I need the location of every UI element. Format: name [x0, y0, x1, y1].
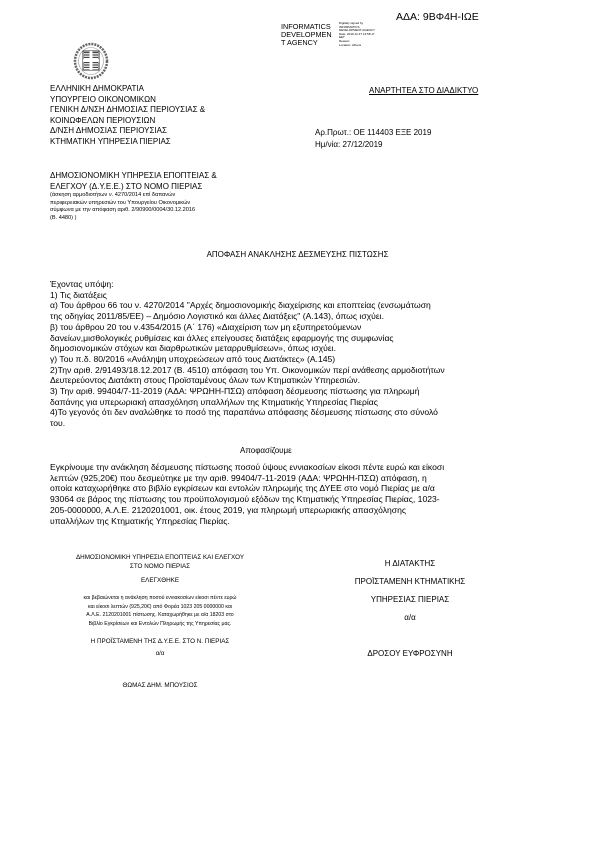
paragraph-line: 2)Την αριθ. 2/91493/18.12.2017 (Β. 4510)…	[50, 365, 545, 376]
paragraph-line: της οδηγίας 2011/85/ΕΕ) – Δημόσιο Λογιστ…	[50, 311, 545, 322]
control-text-line: Βιβλίο Εγκρίσεων και Εντολών Πληρωμής τη…	[50, 620, 270, 629]
control-text-line: και είκοσι λεπτών (925,20€) από Φορέα 10…	[50, 603, 270, 612]
issuing-organization: ΕΛΛΗΝΙΚΗ ΔΗΜΟΚΡΑΤΙΑ ΥΠΟΥΡΓΕΙΟ ΟΙΚΟΝΟΜΙΚΩ…	[50, 84, 205, 147]
paragraph-line: γ) Του π.δ. 80/2016 «Ανάληψη υποχρεώσεων…	[50, 354, 545, 365]
paragraph-line: α) Του άρθρου 66 του ν. 4270/2014 "Αρχές…	[50, 300, 545, 311]
paragraph-line: 4)Το γεγονός ότι δεν αναλώθηκε το ποσό τ…	[50, 407, 545, 418]
paragraph-line: δανείων,μισθολογικές ρυθμίσεις και άλλες…	[50, 333, 545, 344]
service-line: ΕΛΕΓΧΟΥ (Δ.Υ.Ε.Ε.) ΣΤΟ ΝΟΜΟ ΠΙΕΡΙΑΣ	[50, 181, 225, 192]
control-service-line: ΔΗΜΟΣΙΟΝΟΜΙΚΗ ΥΠΗΡΕΣΙΑ ΕΠΟΠΤΕΙΑΣ ΚΑΙ ΕΛΕ…	[50, 553, 270, 562]
paragraph-line: Έχοντας υπόψη:	[50, 279, 545, 290]
control-block: ΔΗΜΟΣΙΟΝΟΜΙΚΗ ΥΠΗΡΕΣΙΑ ΕΠΟΠΤΕΙΑΣ ΚΑΙ ΕΛΕ…	[50, 553, 270, 690]
posting-notice: ΑΝΑΡΤΗΤΕΑ ΣΤΟ ΔΙΑΔΙΚΤΥΟ	[369, 85, 478, 96]
note-line: (άσκηση αρμοδιοτήτων ν. 4270/2014 επί δα…	[50, 192, 225, 200]
note-line: σύμφωνα με την απόφαση αριθ. 2/90900/000…	[50, 207, 225, 215]
digital-signature-details: Digitally signed by INFORMATICS DEVELOPM…	[339, 22, 375, 47]
paragraph-line: Δευτερεύοντος Διατάκτη στους Προϊσταμένο…	[50, 375, 545, 386]
paragraph-line: 205-0000000, Α.Λ.Ε. 2120201001, οικ. έτο…	[50, 505, 545, 516]
paragraph-line: οποία καταχωρήθηκε στο βιβλίο εγκρίσεων …	[50, 483, 545, 494]
signature-line: Location: Athens	[339, 44, 375, 48]
document-date: Ημ/νία: 27/12/2019	[315, 139, 383, 150]
agency-line: T AGENCY	[281, 39, 332, 47]
org-line: Δ/ΝΣΗ ΔΗΜΟΣΙΑΣ ΠΕΡΙΟΥΣΙΑΣ	[50, 126, 205, 137]
paragraph-line: 1) Τις διατάξεις	[50, 290, 545, 301]
signature-line: ΠΡΟΪΣΤΑΜΕΝΗ ΚΤΗΜΑΤΙΚΗΣ	[340, 573, 480, 591]
org-line: ΥΠΟΥΡΓΕΙΟ ΟΙΚΟΝΟΜΙΚΩΝ	[50, 95, 205, 106]
control-text-line: και βεβαιώνεται η ανάκληση ποσού εννιακο…	[50, 594, 270, 603]
paragraph-line: υπαλλήλων της Κτηματικής Υπηρεσίας Πιερί…	[50, 516, 545, 527]
signature-block: Η ΔΙΑΤΑΚΤΗΣ ΠΡΟΪΣΤΑΜΕΝΗ ΚΤΗΜΑΤΙΚΗΣ ΥΠΗΡΕ…	[340, 555, 480, 663]
decision-body: Εγκρίνουμε την ανάκληση δέσμευσης πίστωσ…	[50, 462, 545, 526]
paragraph-line: δαπάνης για υπερωριακή απασχόληση υπαλλή…	[50, 397, 545, 408]
signature-line: ΥΠΗΡΕΣΙΑΣ ΠΙΕΡΙΑΣ	[340, 591, 480, 609]
paragraph-line: λεπτών (925,20€) που δεσμεύτηκε με την α…	[50, 473, 545, 484]
checked-label: ΕΛΕΓΧΘΗΚΕ	[50, 576, 270, 585]
paragraph-line: Εγκρίνουμε την ανάκληση δέσμευσης πίστωσ…	[50, 462, 545, 473]
signature-aa: α/α	[340, 609, 480, 627]
paragraph-line: β) του άρθρου 20 του ν.4354/2015 (Α΄ 176…	[50, 322, 545, 333]
paragraph-line: δημοσιονομικών στόχων και διαρθρωτικών μ…	[50, 343, 545, 354]
paragraph-line: 93064 σε βάρος της πίστωσης του προϋπολο…	[50, 494, 545, 505]
org-line: ΓΕΝΙΚΗ Δ/ΝΣΗ ΔΗΜΟΣΙΑΣ ΠΕΡΙΟΥΣΙΑΣ &	[50, 105, 205, 116]
decision-heading: Αποφασίζουμε	[240, 445, 292, 456]
considering-section: Έχοντας υπόψη: 1) Τις διατάξεις α) Του ά…	[50, 279, 545, 429]
control-text-line: Α.Λ.Ε. 2120201001 πίστωσης. Καταχωρήθηκε…	[50, 611, 270, 620]
control-signatory-name: ΘΩΜΑΣ ΔΗΜ. ΜΠΟΥΣΙΟΣ	[50, 681, 270, 690]
document-title-text: ΑΠΟΦΑΣΗ ΑΝΑΚΛΗΣΗΣ ΔΕΣΜΕΥΣΗΣ ΠΙΣΤΩΣΗΣ	[207, 250, 389, 259]
service-line: ΔΗΜΟΣΙΟΝΟΜΙΚΗ ΥΠΗΡΕΣΙΑ ΕΠΟΠΤΕΙΑΣ &	[50, 170, 225, 181]
supervision-service: ΔΗΜΟΣΙΟΝΟΜΙΚΗ ΥΠΗΡΕΣΙΑ ΕΠΟΠΤΕΙΑΣ & ΕΛΕΓΧ…	[50, 170, 225, 222]
control-service-line: ΣΤΟ ΝΟΜΟ ΠΙΕΡΙΑΣ	[50, 562, 270, 571]
control-aa: α/α	[50, 650, 270, 659]
control-text: και βεβαιώνεται η ανάκληση ποσού εννιακο…	[50, 594, 270, 628]
service-note: (άσκηση αρμοδιοτήτων ν. 4270/2014 επί δα…	[50, 192, 225, 222]
signatory-name: ΔΡΟΣΟΥ ΕΥΦΡΟΣΥΝΗ	[340, 645, 480, 663]
control-head-title: Η ΠΡΟΪΣΤΑΜΕΝΗ ΤΗΣ Δ.Υ.Ε.Ε. ΣΤΟ Ν. ΠΙΕΡΙΑ…	[50, 637, 270, 646]
org-line: ΚΟΙΝΩΦΕΛΩΝ ΠΕΡΙΟΥΣΙΩΝ	[50, 116, 205, 127]
org-line: ΚΤΗΜΑΤΙΚΗ ΥΠΗΡΕΣΙΑ ΠΙΕΡΙΑΣ	[50, 137, 205, 148]
note-line: (Β. 4480) )	[50, 215, 225, 223]
paragraph-line: 3) Την αριθ. 99404/7-11-2019 (ΑΔΑ: ΨΡΩΗΗ…	[50, 386, 545, 397]
signing-agency: INFORMATICS DEVELOPMEN T AGENCY	[281, 23, 332, 47]
ada-code: ΑΔΑ: 9ΒΦ4Η-ΙΩΕ	[396, 11, 479, 24]
paragraph-line: του.	[50, 418, 545, 429]
org-line: ΕΛΛΗΝΙΚΗ ΔΗΜΟΚΡΑΤΙΑ	[50, 84, 205, 95]
document-title: ΑΠΟΦΑΣΗ ΑΝΑΚΛΗΣΗΣ ΔΕΣΜΕΥΣΗΣ ΠΙΣΤΩΣΗΣ	[0, 249, 595, 260]
signature-line: Η ΔΙΑΤΑΚΤΗΣ	[340, 555, 480, 573]
protocol-number: Αρ.Πρωτ.: ΟΕ 114403 ΕΞΕ 2019	[315, 127, 431, 138]
greek-coat-of-arms-emblem	[72, 40, 110, 82]
